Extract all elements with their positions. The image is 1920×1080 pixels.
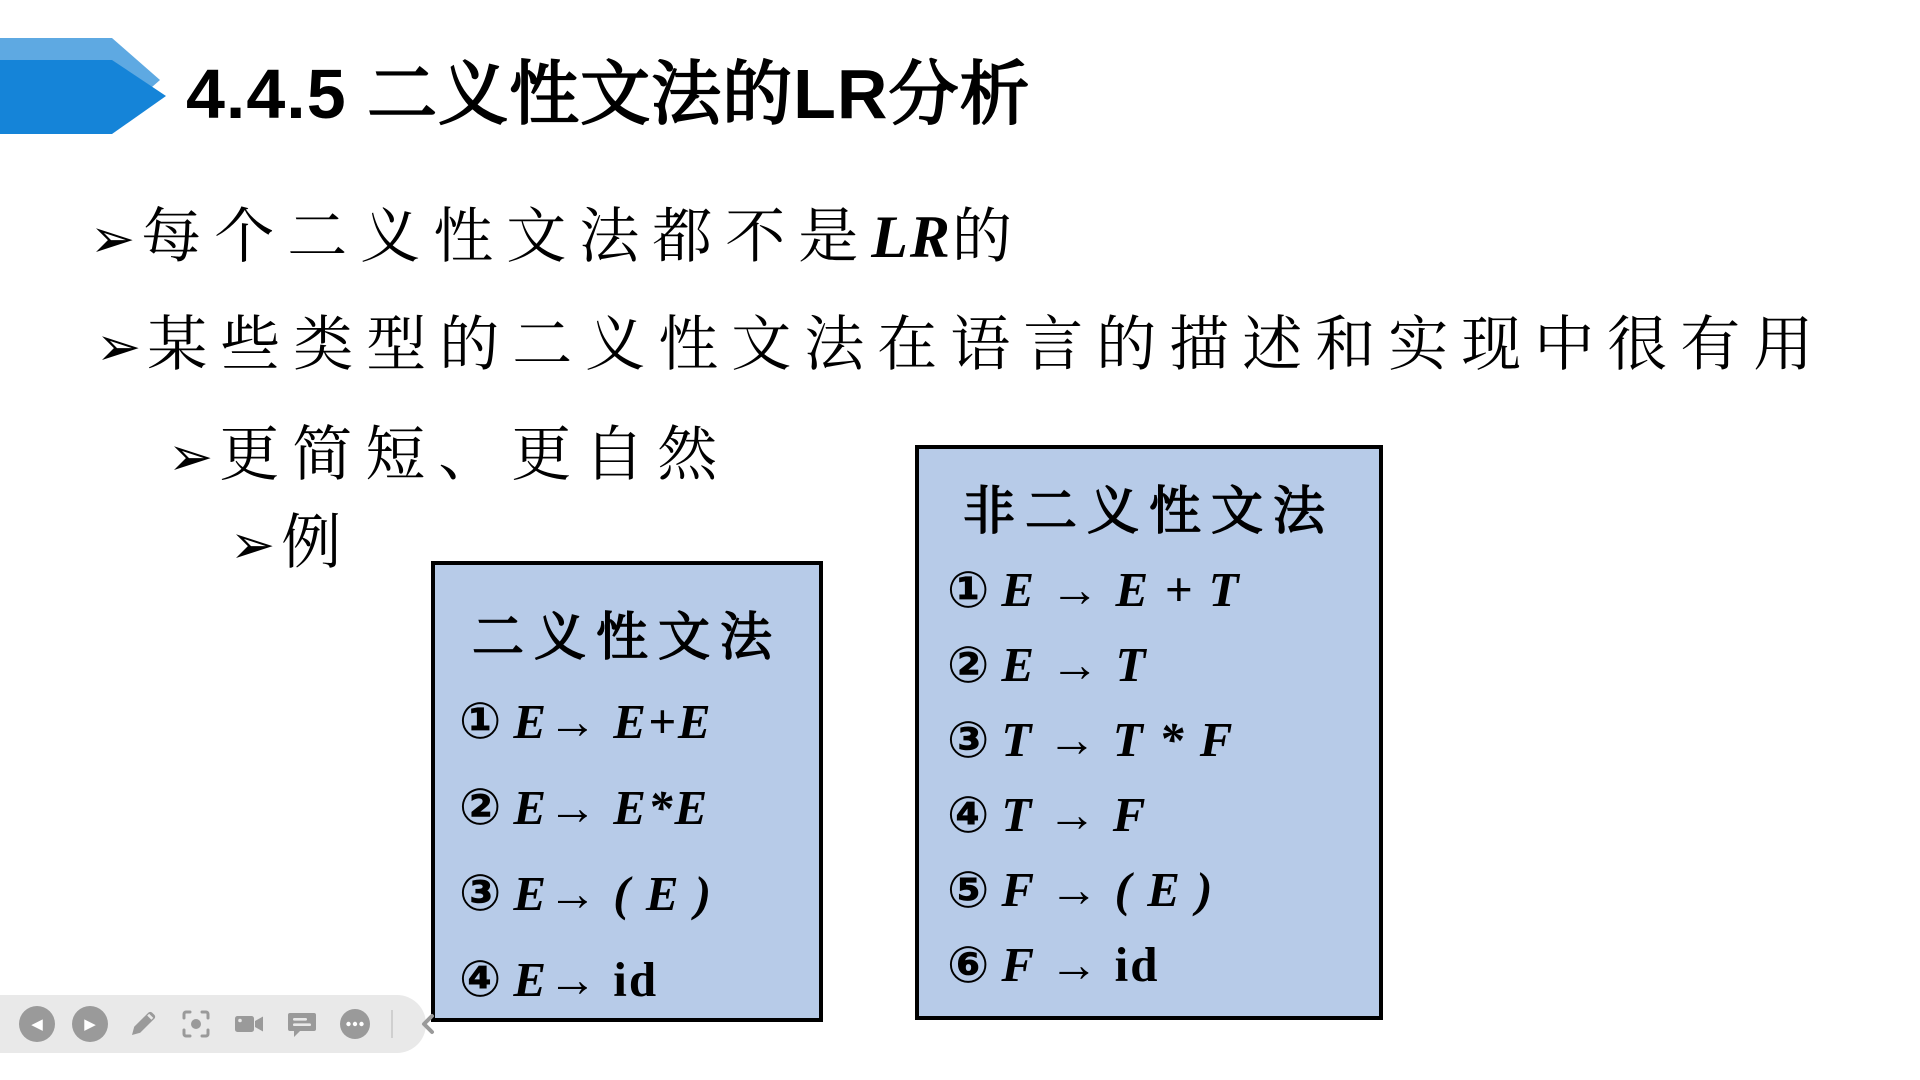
comment-icon <box>286 1008 318 1040</box>
grammar-rule: ②E → T <box>919 627 1379 702</box>
bullet-line-4: ➢例 <box>230 510 354 576</box>
previous-icon: ◀ <box>19 1006 55 1042</box>
title-arrow-decoration <box>0 34 176 136</box>
rule-number: ② <box>459 778 501 836</box>
comment-button[interactable] <box>283 1005 321 1043</box>
rule-production: E→ id <box>513 951 658 1008</box>
rule-production: F → id <box>1001 936 1159 993</box>
grammar-rule: ③T → T * F <box>919 702 1379 777</box>
laser-pointer-button[interactable] <box>177 1005 215 1043</box>
rule-number: ③ <box>459 864 501 922</box>
bullet-text: 某些类型的二义性文法在语言的描述和实现中很有用 <box>147 312 1826 378</box>
bullet-text: 每个二义性文法都不是 <box>141 204 871 270</box>
grammar-rule: ①E → E + T <box>919 552 1379 627</box>
rule-number: ⑥ <box>947 936 989 994</box>
pen-icon <box>127 1008 159 1040</box>
bullet-line-1: ➢每个二义性文法都不是LR的 <box>90 204 1025 270</box>
next-icon: ▶ <box>72 1006 108 1042</box>
rule-production: E → E + T <box>1001 561 1240 618</box>
rule-production: E→ E*E <box>513 779 709 836</box>
grammar-rule: ②E→ E*E <box>435 764 819 850</box>
bullet-emphasis: LR <box>871 204 952 270</box>
unambiguous-grammar-rules: ①E → E + T②E → T③T → T * F④T → F⑤F → ( E… <box>919 552 1379 1002</box>
pen-button[interactable] <box>124 1005 162 1043</box>
grammar-rule: ⑥F → id <box>919 927 1379 1002</box>
bullet-arrow-icon: ➢ <box>168 425 213 488</box>
rule-production: T → T * F <box>1001 711 1234 768</box>
bullet-text: 的 <box>952 204 1025 270</box>
unambiguous-grammar-title: 非二义性文法 <box>919 469 1379 544</box>
laser-pointer-icon <box>180 1008 212 1040</box>
ambiguous-grammar-rules: ①E→ E+E②E→ E*E③E→ ( E )④E→ id <box>435 678 819 1022</box>
grammar-rule: ④T → F <box>919 777 1379 852</box>
rule-number: ⑤ <box>947 861 989 919</box>
toolbar-divider <box>391 1010 393 1038</box>
rule-number: ③ <box>947 711 989 769</box>
bullet-arrow-icon: ➢ <box>230 513 275 576</box>
rule-production: E→ ( E ) <box>513 865 713 922</box>
grammar-rule: ③E→ ( E ) <box>435 850 819 936</box>
rule-number: ① <box>459 692 501 750</box>
rule-production: E → T <box>1001 636 1147 693</box>
grammar-rule: ①E→ E+E <box>435 678 819 764</box>
bullet-text: 更简短、更自然 <box>219 422 730 488</box>
camera-icon <box>233 1008 265 1040</box>
presentation-slide: { "slide": { "title": "4.4.5 二义性文法的LR分析"… <box>0 0 1920 1080</box>
next-slide-button[interactable]: ▶ <box>71 1005 109 1043</box>
more-button[interactable] <box>336 1005 374 1043</box>
chevron-left-icon <box>413 1008 445 1040</box>
rule-production: T → F <box>1001 786 1147 843</box>
rule-number: ② <box>947 636 989 694</box>
bullet-text: 例 <box>281 510 354 576</box>
collapse-toolbar-button[interactable] <box>410 1005 448 1043</box>
grammar-rule: ④E→ id <box>435 936 819 1022</box>
more-icon <box>339 1008 371 1040</box>
bullet-line-2: ➢某些类型的二义性文法在语言的描述和实现中很有用 <box>96 312 1826 378</box>
grammar-rule: ⑤F → ( E ) <box>919 852 1379 927</box>
rule-number: ① <box>947 561 989 619</box>
ambiguous-grammar-title: 二义性文法 <box>435 595 819 670</box>
rule-production: F → ( E ) <box>1001 861 1214 918</box>
bullet-arrow-icon: ➢ <box>90 207 135 270</box>
presenter-toolbar: ◀ ▶ <box>0 995 426 1053</box>
bullet-arrow-icon: ➢ <box>96 315 141 378</box>
rule-number: ④ <box>459 950 501 1008</box>
ambiguous-grammar-box: 二义性文法 ①E→ E+E②E→ E*E③E→ ( E )④E→ id <box>431 561 823 1022</box>
bullet-line-3: ➢更简短、更自然 <box>168 422 730 488</box>
page-title: 4.4.5 二义性文法的LR分析 <box>186 38 1030 139</box>
camera-button[interactable] <box>230 1005 268 1043</box>
rule-production: E→ E+E <box>513 693 712 750</box>
previous-slide-button[interactable]: ◀ <box>18 1005 56 1043</box>
unambiguous-grammar-box: 非二义性文法 ①E → E + T②E → T③T → T * F④T → F⑤… <box>915 445 1383 1020</box>
rule-number: ④ <box>947 786 989 844</box>
